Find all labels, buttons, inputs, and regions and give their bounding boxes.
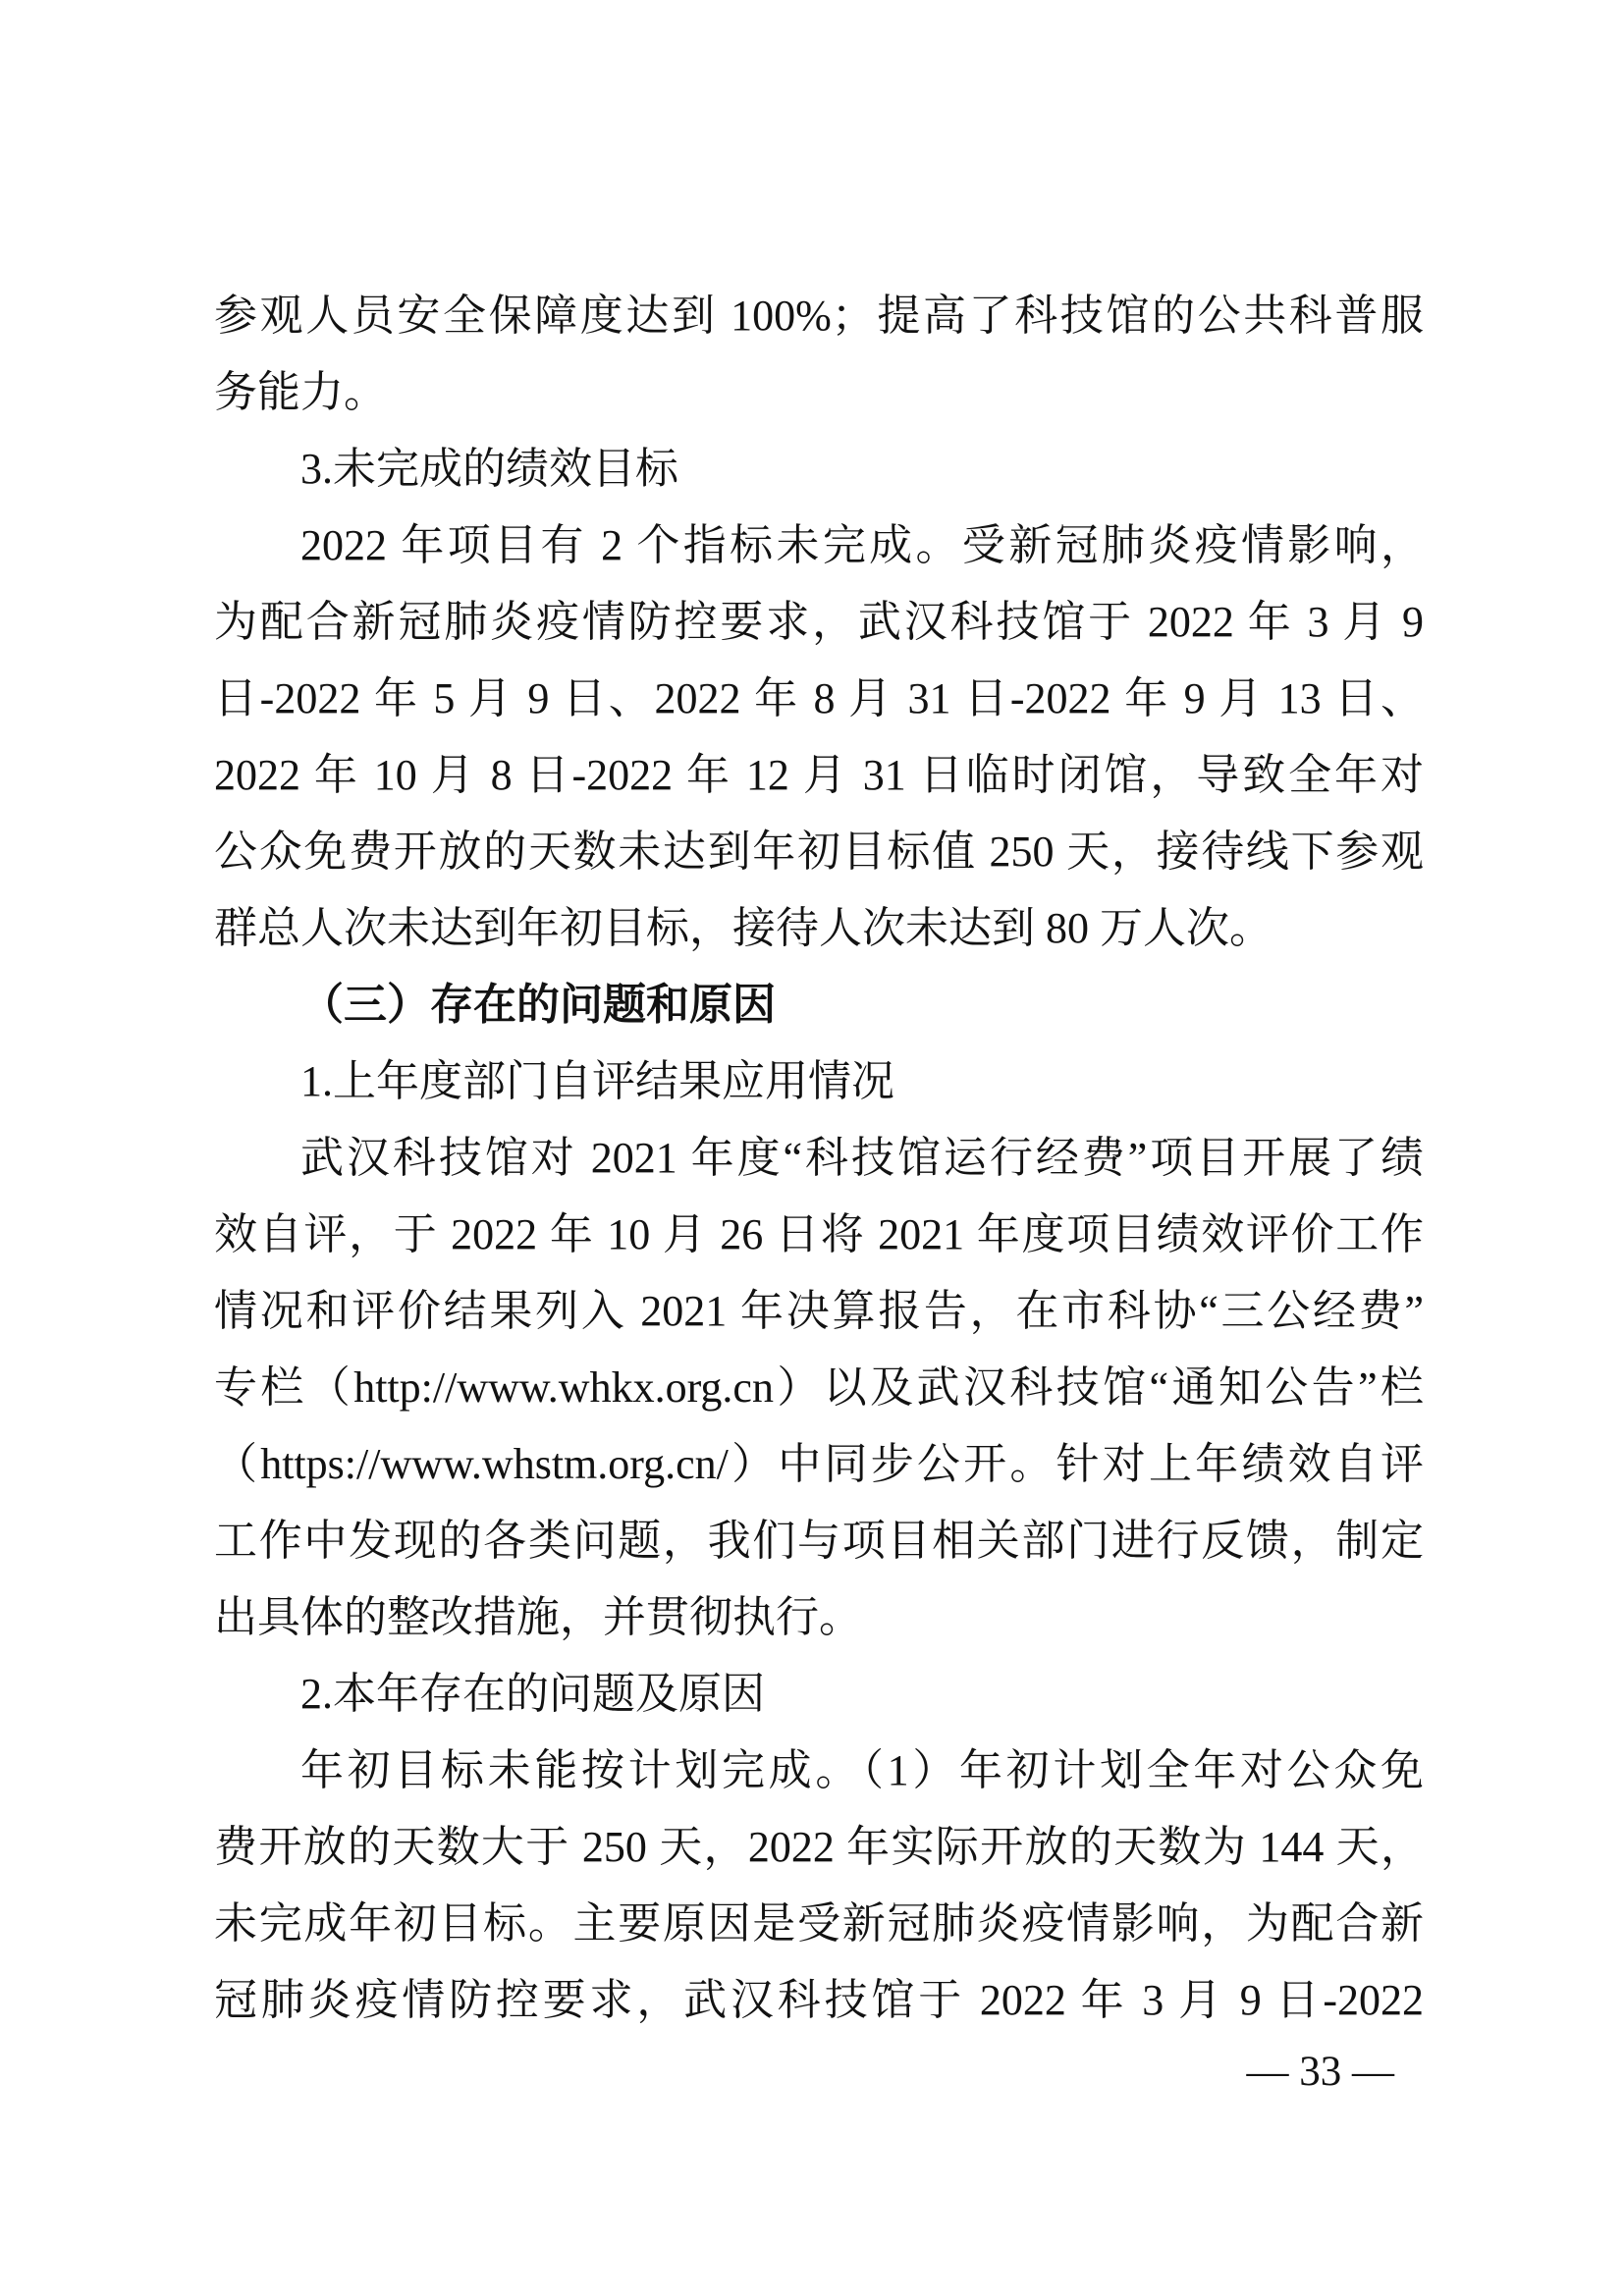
body-line: 未完成年初目标。主要原因是受新冠肺炎疫情影响，为配合新 xyxy=(214,1886,1424,1962)
body-line: 参观人员安全保障度达到 100%；提高了科技馆的公共科普服 xyxy=(214,278,1424,354)
section-heading: （三）存在的问题和原因 xyxy=(214,967,1424,1043)
body-line: 工作中发现的各类问题，我们与项目相关部门进行反馈，制定 xyxy=(214,1503,1424,1579)
body-line: 冠肺炎疫情防控要求，武汉科技馆于 2022 年 3 月 9 日-2022 xyxy=(214,1962,1424,2039)
body-line: 为配合新冠肺炎疫情防控要求，武汉科技馆于 2022 年 3 月 9 xyxy=(214,584,1424,661)
body-line: 情况和评价结果列入 2021 年决算报告，在市科协“三公经费” xyxy=(214,1273,1424,1350)
subsection-heading: 2.本年存在的问题及原因 xyxy=(214,1656,1424,1733)
body-line: 群总人次未达到年初目标，接待人次未达到 80 万人次。 xyxy=(214,890,1424,967)
document-body: 参观人员安全保障度达到 100%；提高了科技馆的公共科普服 务能力。 3.未完成… xyxy=(214,278,1424,2039)
body-line: 年初目标未能按计划完成。（1）年初计划全年对公众免 xyxy=(214,1733,1424,1809)
body-line: 2022 年项目有 2 个指标未完成。受新冠肺炎疫情影响， xyxy=(214,507,1424,584)
body-line: 出具体的整改措施，并贯彻执行。 xyxy=(214,1579,1424,1656)
body-line: 效自评，于 2022 年 10 月 26 日将 2021 年度项目绩效评价工作 xyxy=(214,1197,1424,1273)
body-line: 务能力。 xyxy=(214,354,1424,431)
body-line: 2022 年 10 月 8 日-2022 年 12 月 31 日临时闭馆，导致全… xyxy=(214,737,1424,814)
body-line: 公众免费开放的天数未达到年初目标值 250 天，接待线下参观 xyxy=(214,814,1424,890)
body-line: 专栏（http://www.whkx.org.cn）以及武汉科技馆“通知公告”栏 xyxy=(214,1350,1424,1426)
page-number: — 33 — xyxy=(1247,2034,1395,2110)
subsection-heading: 1.上年度部门自评结果应用情况 xyxy=(214,1043,1424,1120)
document-page: 参观人员安全保障度达到 100%；提高了科技馆的公共科普服 务能力。 3.未完成… xyxy=(0,0,1624,2296)
body-line: 日-2022 年 5 月 9 日、2022 年 8 月 31 日-2022 年 … xyxy=(214,661,1424,737)
body-line: （https://www.whstm.org.cn/）中同步公开。针对上年绩效自… xyxy=(214,1426,1424,1503)
subsection-heading: 3.未完成的绩效目标 xyxy=(214,431,1424,507)
body-line: 武汉科技馆对 2021 年度“科技馆运行经费”项目开展了绩 xyxy=(214,1120,1424,1197)
body-line: 费开放的天数大于 250 天，2022 年实际开放的天数为 144 天， xyxy=(214,1809,1424,1886)
